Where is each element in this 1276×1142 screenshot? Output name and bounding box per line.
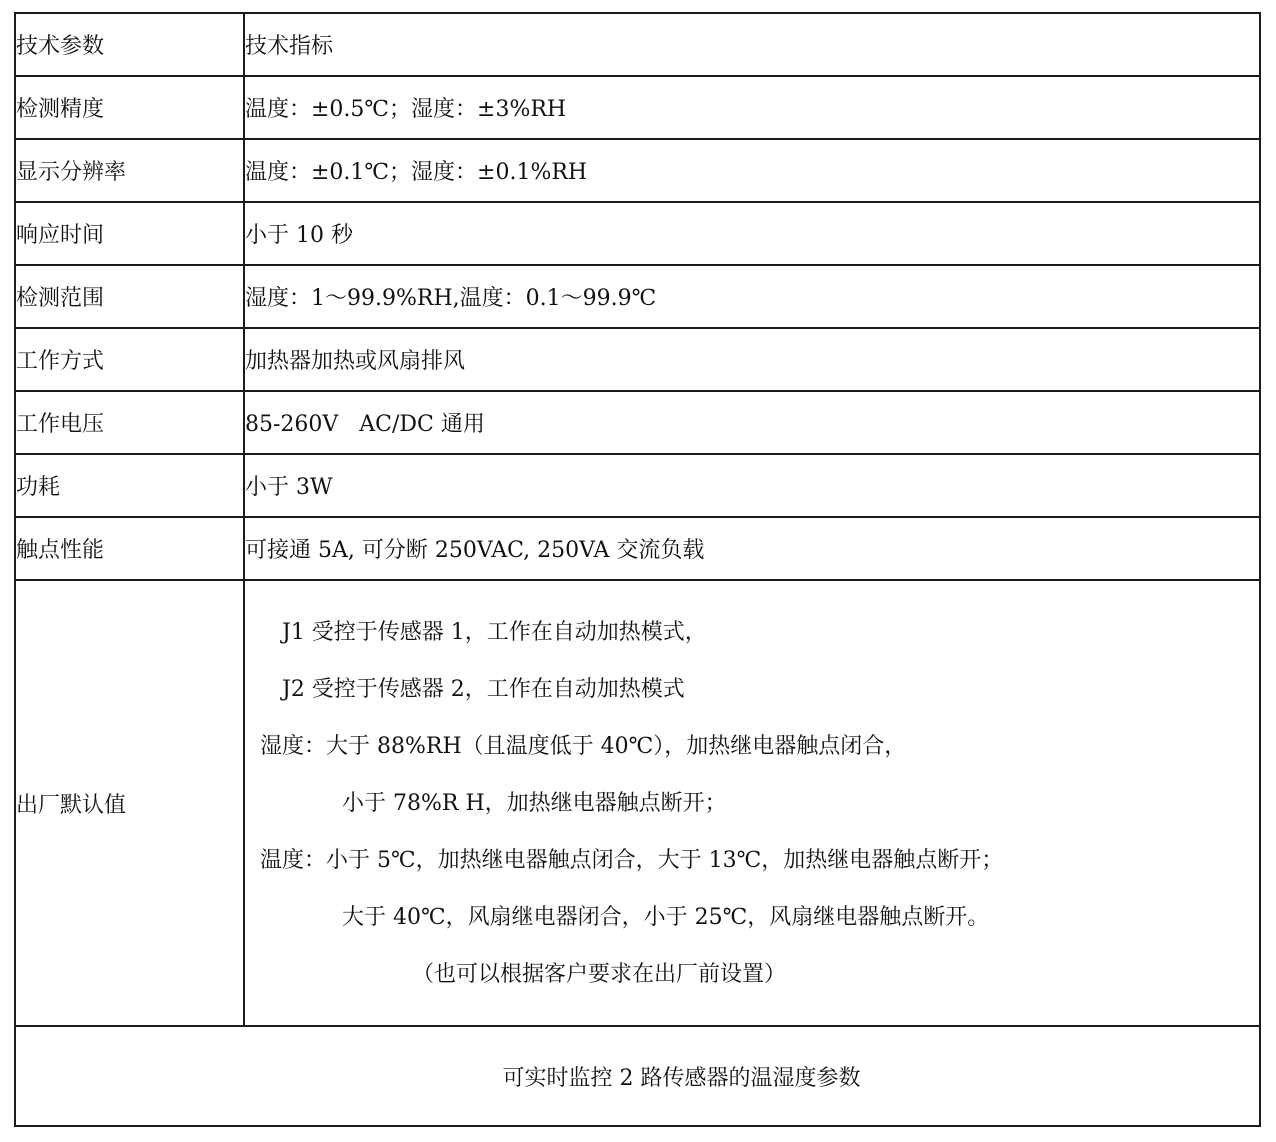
factory-default-row: 出厂默认值 J1 受控于传感器 1，工作在自动加热模式， J2 受控于传感器 2… <box>15 580 1260 1026</box>
footer-row: 可实时监控 2 路传感器的温湿度参数 <box>15 1026 1260 1126</box>
spec-table: 技术参数 技术指标 检测精度 温度：±0.5℃；湿度：±3%RH 显示分辨率 温… <box>14 12 1261 1127</box>
factory-default-line: 大于 40℃，风扇继电器闭合，小于 25℃，风扇继电器触点断开。 <box>245 889 1259 946</box>
param-cell: 检测精度 <box>15 76 244 139</box>
table-row: 功耗 小于 3W <box>15 454 1260 517</box>
factory-default-line: （也可以根据客户要求在出厂前设置） <box>245 946 1259 1003</box>
value-cell: 可接通 5A, 可分断 250VAC, 250VA 交流负载 <box>244 517 1260 580</box>
value-cell: 加热器加热或风扇排风 <box>244 328 1260 391</box>
param-cell: 功耗 <box>15 454 244 517</box>
value-cell: 小于 10 秒 <box>244 202 1260 265</box>
footer-note-cell: 可实时监控 2 路传感器的温湿度参数 <box>15 1026 1260 1126</box>
param-cell: 工作电压 <box>15 391 244 454</box>
factory-default-param-cell: 出厂默认值 <box>15 580 244 1026</box>
table-row: 显示分辨率 温度：±0.1℃；湿度：±0.1%RH <box>15 139 1260 202</box>
factory-default-line: J2 受控于传感器 2，工作在自动加热模式 <box>245 661 1259 718</box>
table-header-row: 技术参数 技术指标 <box>15 13 1260 76</box>
table-row: 工作方式 加热器加热或风扇排风 <box>15 328 1260 391</box>
table-row: 触点性能 可接通 5A, 可分断 250VAC, 250VA 交流负载 <box>15 517 1260 580</box>
param-cell: 触点性能 <box>15 517 244 580</box>
table-row: 响应时间 小于 10 秒 <box>15 202 1260 265</box>
value-cell: 小于 3W <box>244 454 1260 517</box>
header-value-cell: 技术指标 <box>244 13 1260 76</box>
param-cell: 显示分辨率 <box>15 139 244 202</box>
factory-default-line: J1 受控于传感器 1，工作在自动加热模式， <box>245 604 1259 661</box>
table-row: 检测精度 温度：±0.5℃；湿度：±3%RH <box>15 76 1260 139</box>
param-cell: 工作方式 <box>15 328 244 391</box>
table-row: 检测范围 湿度：1～99.9%RH,温度：0.1～99.9℃ <box>15 265 1260 328</box>
table-row: 工作电压 85-260V AC/DC 通用 <box>15 391 1260 454</box>
value-cell: 85-260V AC/DC 通用 <box>244 391 1260 454</box>
value-cell: 温度：±0.1℃；湿度：±0.1%RH <box>244 139 1260 202</box>
header-param-cell: 技术参数 <box>15 13 244 76</box>
param-cell: 检测范围 <box>15 265 244 328</box>
factory-default-line: 温度：小于 5℃，加热继电器触点闭合，大于 13℃，加热继电器触点断开； <box>245 832 1259 889</box>
factory-default-value-cell: J1 受控于传感器 1，工作在自动加热模式， J2 受控于传感器 2，工作在自动… <box>244 580 1260 1026</box>
factory-default-line: 湿度：大于 88%RH（且温度低于 40℃），加热继电器触点闭合， <box>245 718 1259 775</box>
param-cell: 响应时间 <box>15 202 244 265</box>
factory-default-line: 小于 78%R H，加热继电器触点断开； <box>245 775 1259 832</box>
value-cell: 湿度：1～99.9%RH,温度：0.1～99.9℃ <box>244 265 1260 328</box>
value-cell: 温度：±0.5℃；湿度：±3%RH <box>244 76 1260 139</box>
